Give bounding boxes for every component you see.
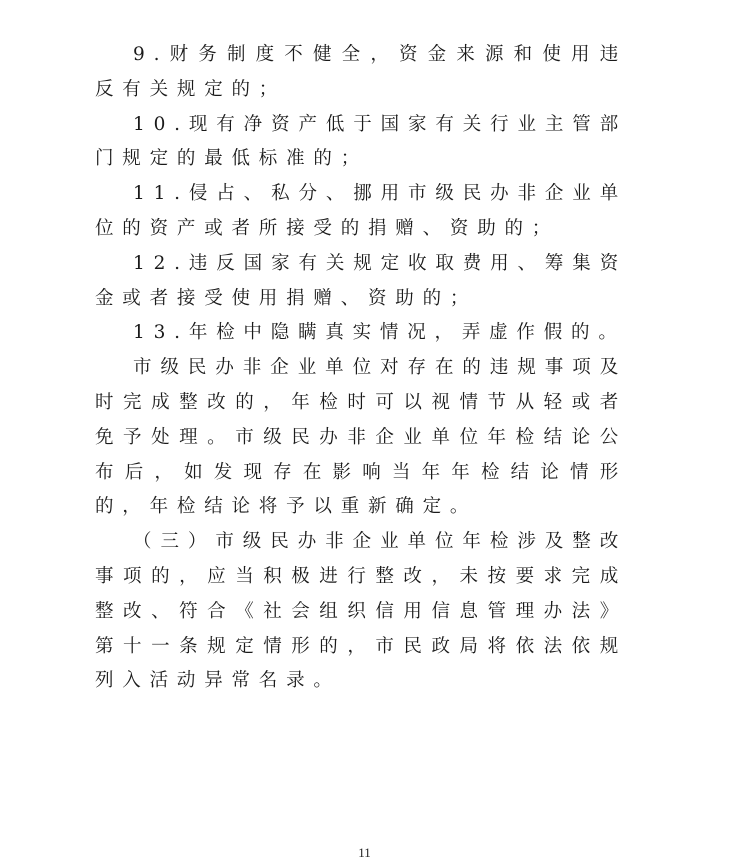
rectification-paragraph: 市级民办非企业单位对存在的违规事项及时完成整改的，年检时可以视情节从轻或者免予处… [95,351,627,525]
page-number: 11 [0,845,729,861]
list-item-13: 13.年检中隐瞒真实情况，弄虚作假的。 [95,316,627,351]
document-page-body: 9.财务制度不健全，资金来源和使用违反有关规定的； 10.现有净资产低于国家有关… [95,38,627,699]
list-item-10: 10.现有净资产低于国家有关行业主管部门规定的最低标准的； [95,108,627,178]
list-item-11: 11.侵占、私分、挪用市级民办非企业单位的资产或者所接受的捐赠、资助的； [95,177,627,247]
section-three-paragraph: （三）市级民办非企业单位年检涉及整改事项的，应当积极进行整改，未按要求完成整改、… [95,525,627,699]
list-item-12: 12.违反国家有关规定收取费用、筹集资金或者接受使用捐赠、资助的； [95,247,627,317]
list-item-9: 9.财务制度不健全，资金来源和使用违反有关规定的； [95,38,627,108]
